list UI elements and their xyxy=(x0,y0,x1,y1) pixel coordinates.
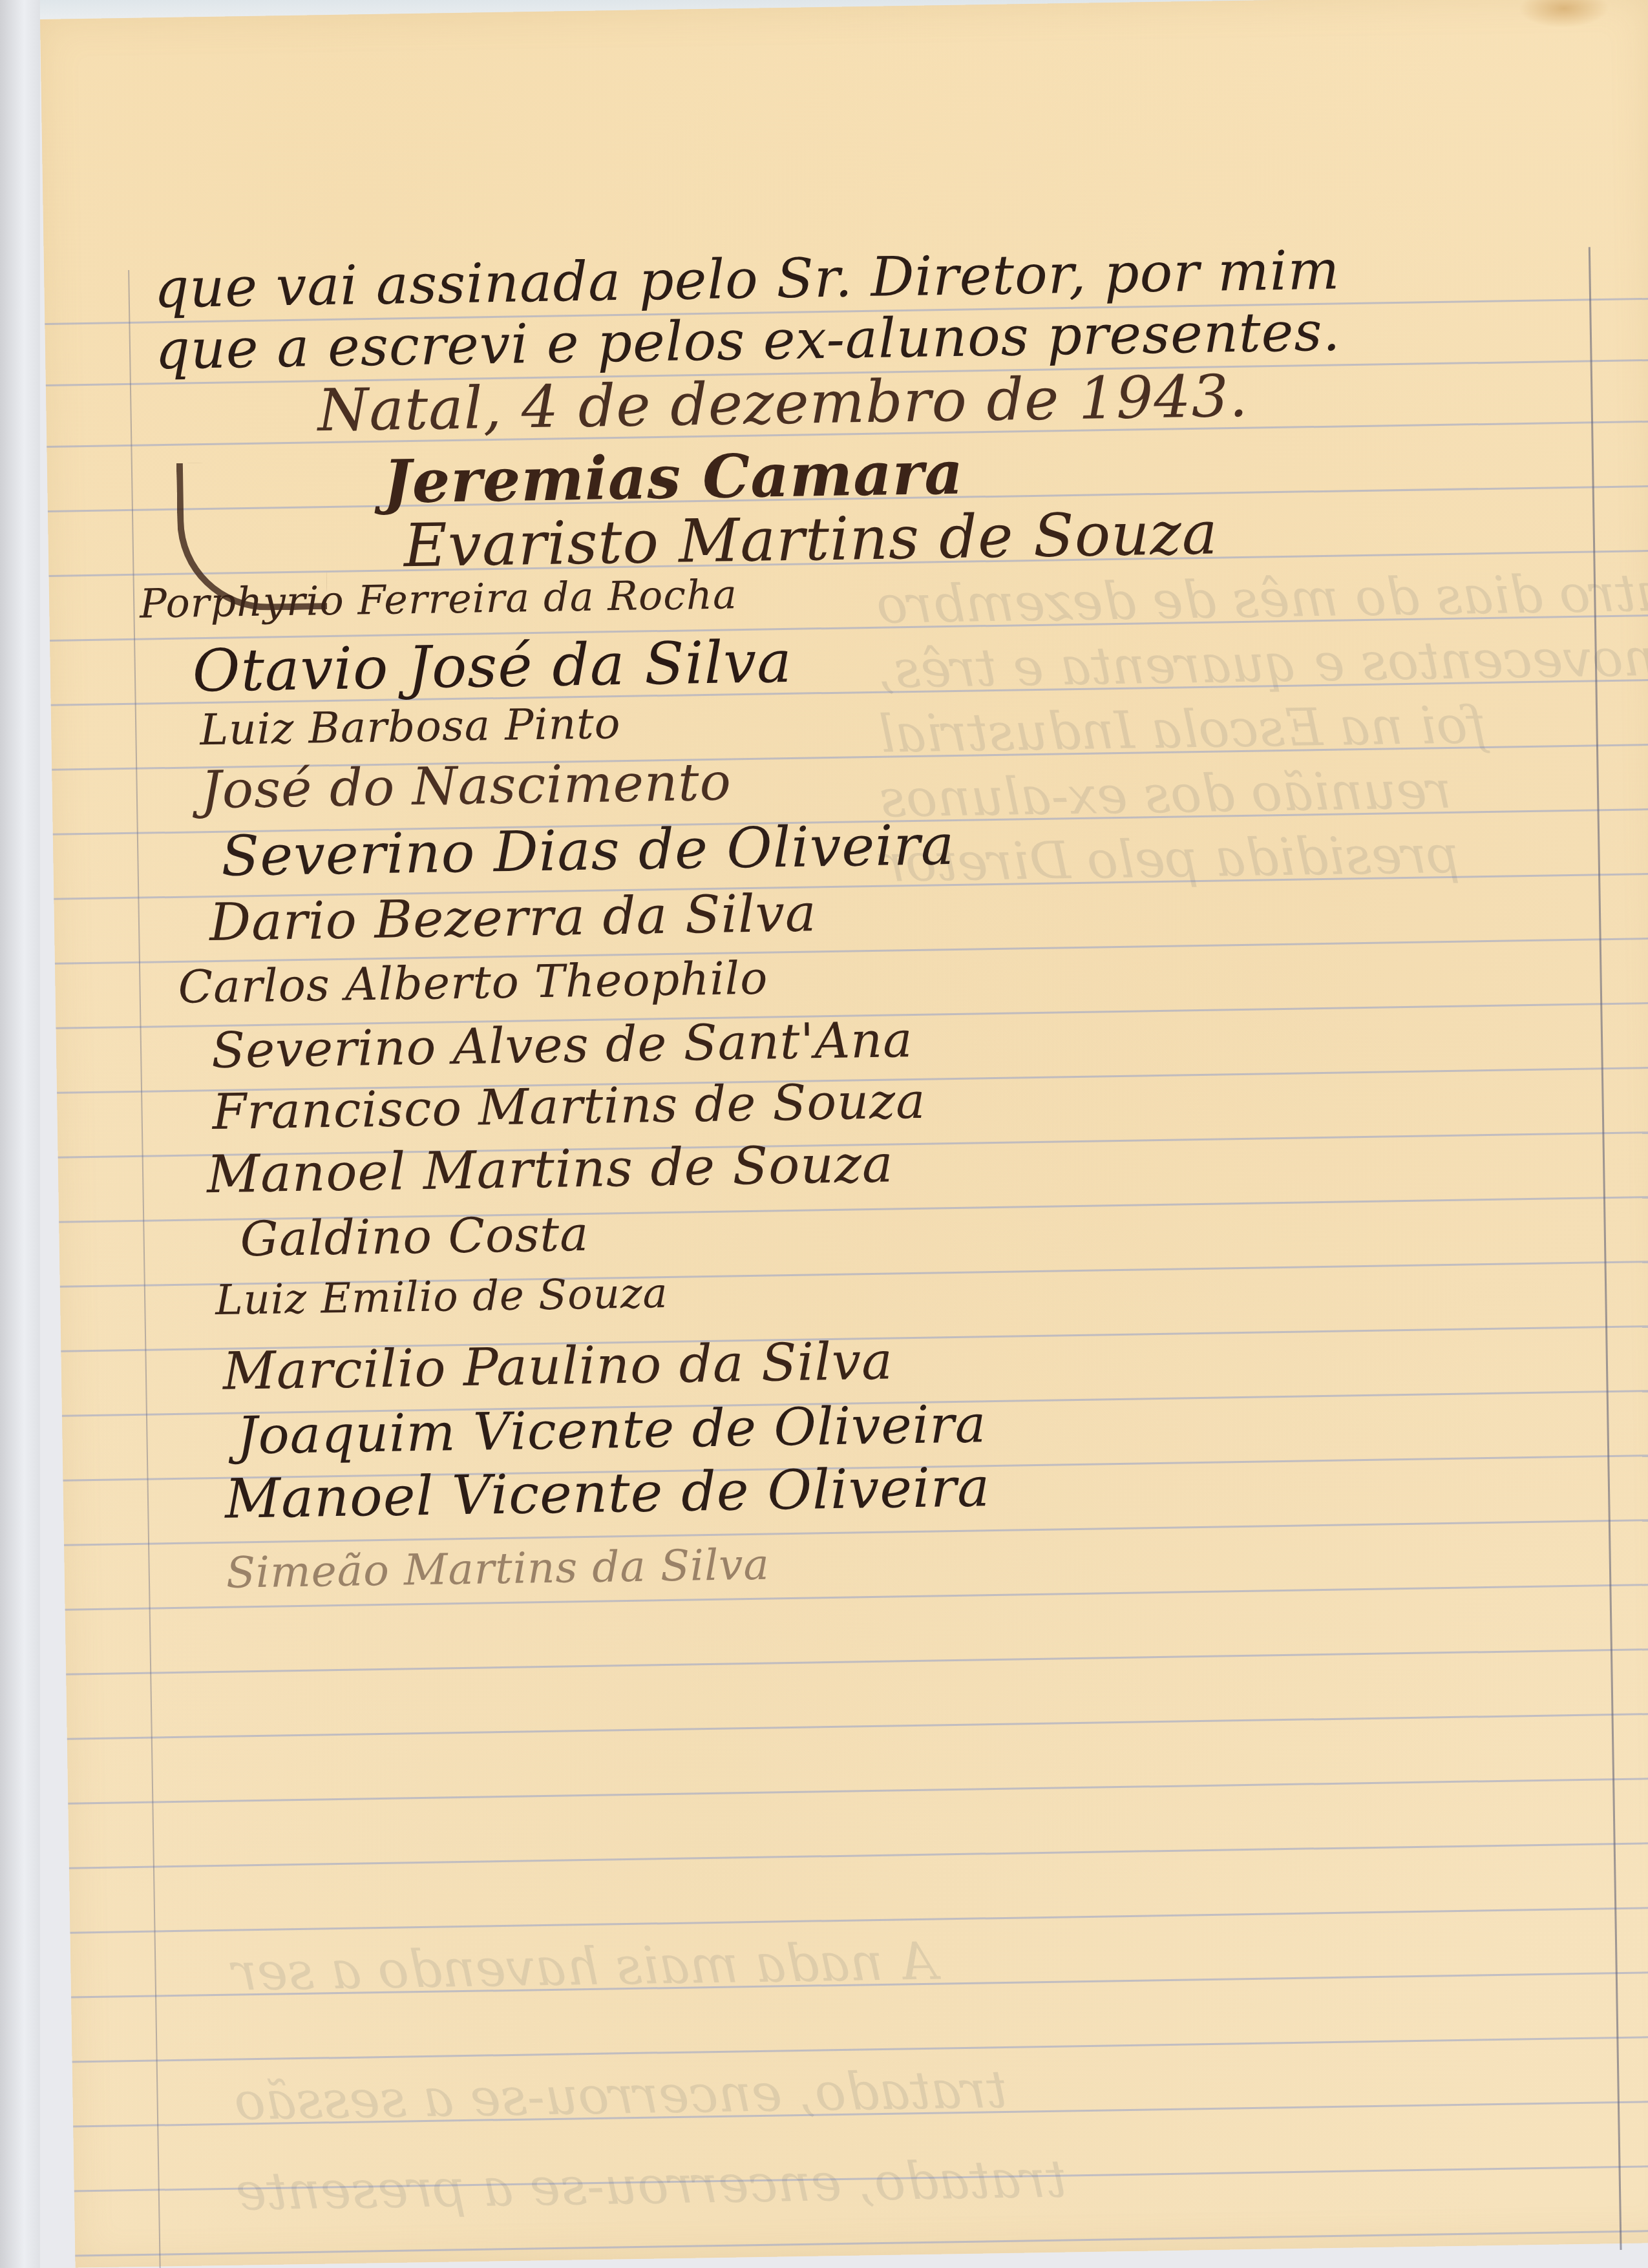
signature: Francisco Martins de Souza xyxy=(212,1072,926,1140)
signature: Carlos Alberto Theophilo xyxy=(178,951,768,1013)
signature: Manoel Vicente de Oliveira xyxy=(224,1455,991,1531)
signature: Porphyrio Ferreira da Rocha xyxy=(140,571,738,627)
signature: José do Nascimento xyxy=(200,751,732,820)
signature: Dario Bezerra da Silva xyxy=(209,883,817,952)
signature: Manoel Martins de Souza xyxy=(206,1133,894,1204)
signature: Joaquim Vicente de Oliveira xyxy=(237,1394,987,1465)
signature: Simeão Martins da Silva xyxy=(226,1540,770,1598)
signature: Otavio José da Silva xyxy=(192,628,793,706)
right-margin-line xyxy=(1589,247,1622,2250)
corner-stain xyxy=(1519,0,1610,28)
signature: Galdino Costa xyxy=(240,1206,589,1267)
signature: Evaristo Martins de Souza xyxy=(403,498,1218,580)
signature: Marcilio Paulino da Silva xyxy=(222,1331,893,1402)
paper-page: Aos quatro dias do mês de dezembro novec… xyxy=(40,0,1648,2268)
scanner-bed-left xyxy=(0,0,40,2268)
place-date: Natal, 4 de dezembro de 1943. xyxy=(317,362,1249,445)
signature: Severino Alves de Sant'Ana xyxy=(211,1011,913,1079)
signature: Severino Dias de Oliveira xyxy=(221,813,955,889)
left-margin-line xyxy=(128,270,161,2268)
signature: Luiz Barbosa Pinto xyxy=(200,698,621,755)
signature: Luiz Emilio de Souza xyxy=(215,1270,669,1325)
